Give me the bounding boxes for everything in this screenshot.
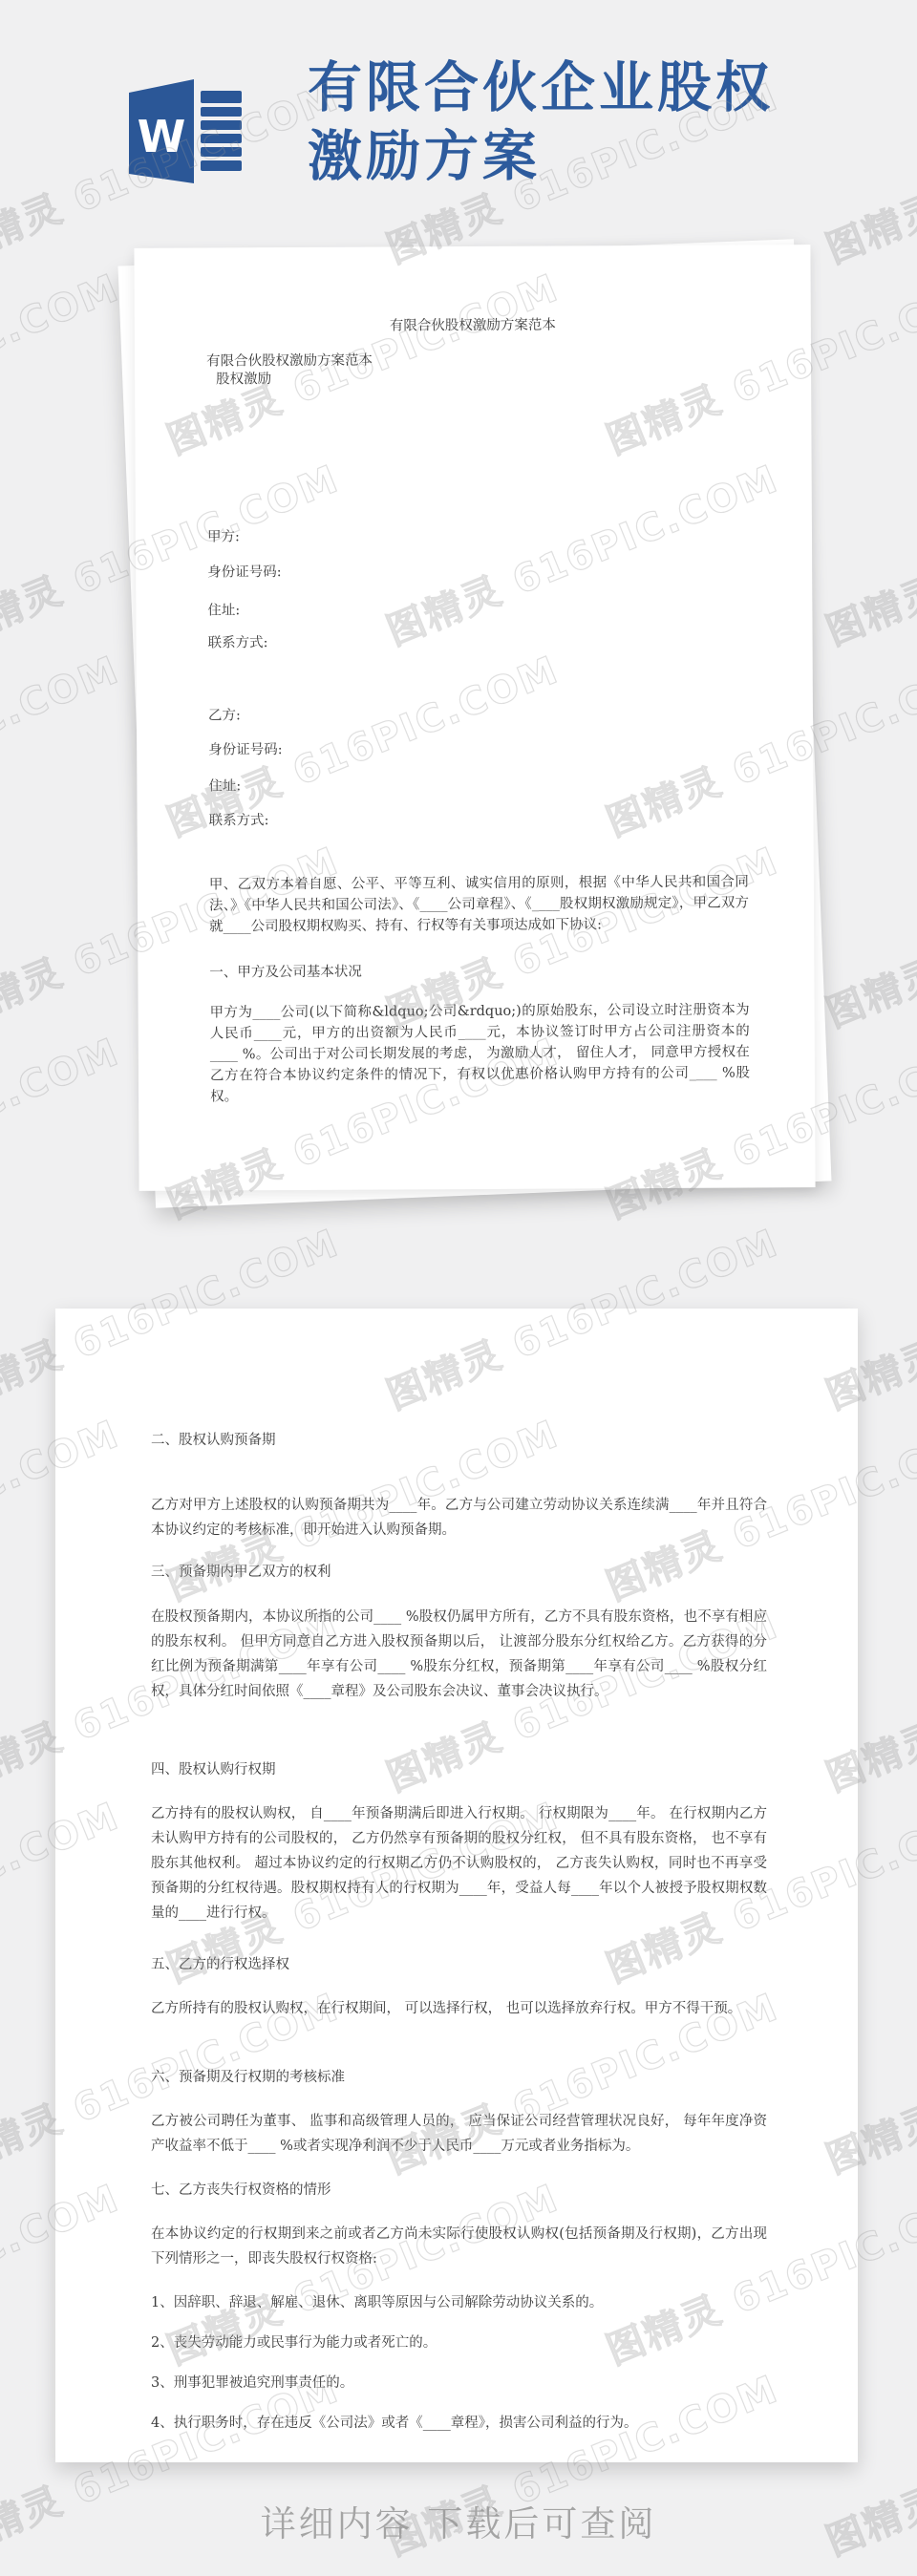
paragraph: 乙方对甲方上述股权的认购预备期共为____年。乙方与公司建立劳动协议关系连续满_…: [151, 1493, 767, 1543]
watermark-text: 图精灵 616PIC.COM: [0, 258, 126, 465]
document-lines-icon: [201, 91, 242, 171]
list-item: 1、因辞职、辞退、解雇、退休、离职等原因与公司解除劳动协议关系的。: [151, 2290, 767, 2315]
document-page-1: 有限合伙股权激励方案范本有限合伙股权激励方案范本股权激励甲方:身份证号码:住址:…: [134, 245, 815, 1191]
section-heading: 一、甲方及公司基本状况: [209, 959, 749, 983]
watermark-text: 图精灵 616PIC.COM: [817, 449, 917, 656]
section-heading: 四、股权认购行权期: [151, 1757, 767, 1782]
footer-note: 详细内容 下载后可查阅: [0, 2495, 917, 2546]
field-label: 甲方:: [207, 524, 747, 548]
field-label: 乙方:: [208, 703, 748, 727]
svg-text:W: W: [138, 111, 186, 162]
word-document-icon: W: [129, 79, 244, 184]
section-heading: 三、预备期内甲乙双方的权利: [151, 1560, 767, 1585]
page-title-line1: 有限合伙企业股权: [308, 53, 881, 122]
section-heading: 六、预备期及行权期的考核标准: [151, 2065, 767, 2090]
field-label: 身份证号码:: [207, 560, 747, 584]
watermark-text: 图精灵 616PIC.COM: [0, 640, 126, 847]
list-item: 3、刑事犯罪被追究刑事责任的。: [151, 2371, 767, 2395]
page-title-line2: 激励方案: [308, 122, 881, 191]
paragraph: 在股权预备期内，本协议所指的公司____ %股权仍属甲方所有，乙方不具有股东资格…: [151, 1605, 767, 1704]
template-preview-page: { "header": { "icon": "word-icon", "titl…: [0, 0, 917, 2576]
section-heading: 五、乙方的行权选择权: [151, 1952, 767, 1977]
field-label: 住址:: [208, 774, 748, 798]
field-label: 身份证号码:: [208, 737, 748, 761]
field-label: 联系方式:: [208, 630, 748, 654]
section-heading: 二、股权认购预备期: [151, 1428, 767, 1453]
page-title: 有限合伙企业股权 激励方案: [308, 53, 881, 191]
paragraph: 乙方被公司聘任为董事、 监事和高级管理人员的， 应当保证公司经营管理状况良好， …: [151, 2109, 767, 2159]
paragraph: 乙方持有的股权认购权， 自____年预备期满后即进入行权期。 行权期限为____…: [151, 1801, 767, 1926]
document-preview-stack: 有限合伙股权激励方案范本有限合伙股权激励方案范本股权激励甲方:身份证号码:住址:…: [137, 246, 813, 1189]
watermark-text: 图精灵 616PIC.COM: [0, 1022, 126, 1229]
paragraph: 在本协议约定的行权期到来之前或者乙方尚未实际行使股权认购权(包括预备期及行权期)…: [151, 2222, 767, 2271]
list-item: 4、执行职务时，存在违反《公司法》或者《____章程》，损害公司利益的行为。: [151, 2411, 767, 2436]
field-label: 住址:: [207, 598, 747, 622]
document-title: 有限合伙股权激励方案范本: [135, 313, 811, 338]
document-page-2: 二、股权认购预备期乙方对甲方上述股权的认购预备期共为____年。乙方与公司建立劳…: [55, 1309, 858, 2462]
watermark-text: 图精灵 616PIC.COM: [817, 831, 917, 1038]
field-label: 联系方式:: [209, 808, 749, 832]
section-heading: 七、乙方丧失行权资格的情形: [151, 2178, 767, 2203]
list-item: 2、丧失劳动能力或民事行为能力或者死亡的。: [151, 2331, 767, 2355]
paragraph: 乙方所持有的股权认购权，在行权期间， 可以选择行权， 也可以选择放弃行权。甲方不…: [151, 1996, 767, 2021]
paragraph: 甲方为____公司(以下简称&ldquo;公司&rdquo;)的原始股东，公司设…: [210, 999, 751, 1107]
header: W 有限合伙企业股权 激励方案: [0, 0, 917, 220]
text-line: 股权激励: [206, 367, 746, 391]
paragraph: 甲、乙双方本着自愿、公平、平等互利、诚实信用的原则，根据《中华人民共和国合同法、…: [209, 872, 749, 938]
